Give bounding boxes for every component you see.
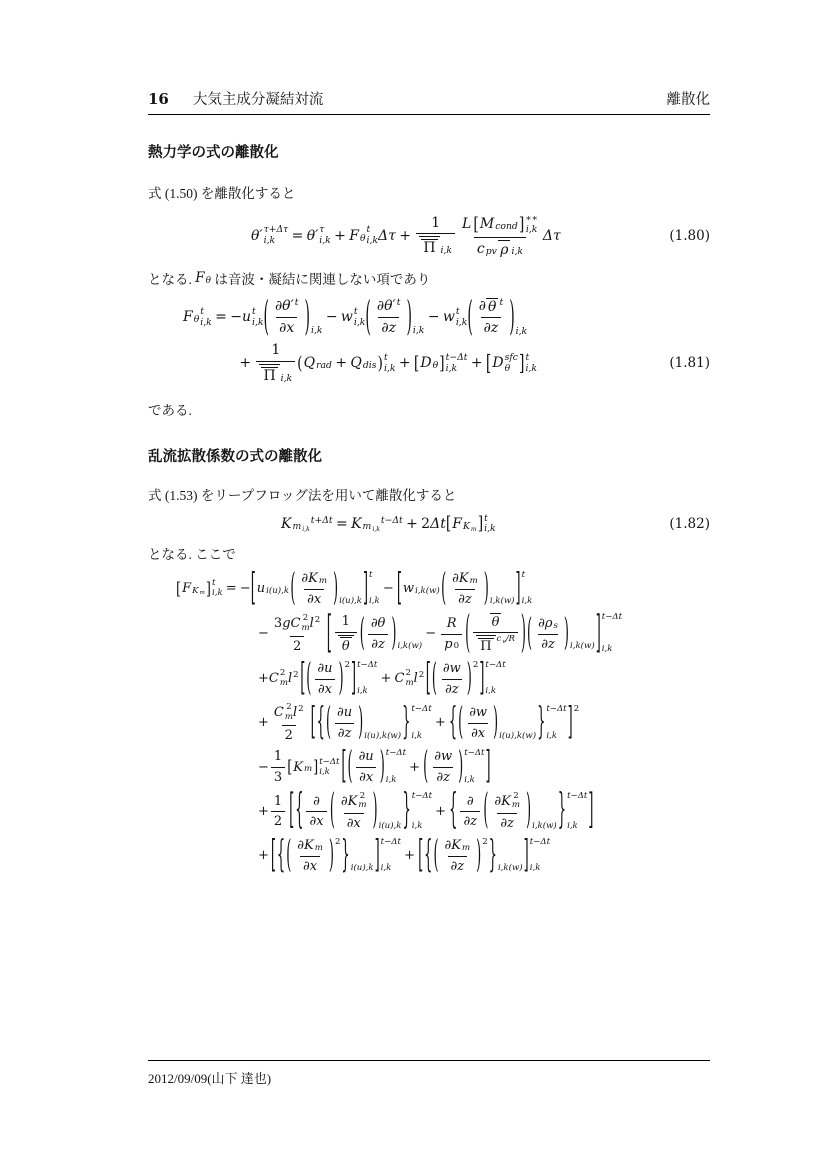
section-heading-turbulence: 乱流拡散係数の式の離散化 (148, 445, 710, 466)
fkm-line-6: +12[{∂∂x(∂K2m∂x)i(u),k}t−Δti,k+{∂∂z(∂K2m… (258, 792, 710, 832)
para-turb-intro: 式 (1.53) をリープフロッグ法を用いて離散化すると (148, 484, 710, 504)
equation-1-82-number: (1.82) (669, 516, 710, 532)
equation-1-81-number: (1.81) (669, 355, 710, 371)
header-right-title: 離散化 (667, 88, 711, 109)
fkm-line-7: +[{(∂Km∂x)2}i(u),k]t−Δti,k+[{(∂Km∂z)2}i,… (258, 838, 710, 874)
equation-1-80: θ′τ+Δτi,k=θ′τi,k+Fθti,kΔτ+1Πi,kL[Mcond]∗… (148, 214, 710, 258)
page-header: 16 大気主成分凝結対流 離散化 (148, 88, 710, 109)
footer-rule (148, 1060, 710, 1061)
equation-1-81-line1: Fθti,k=−uti,k(∂θ′t∂x)i,k−wti,k(∂θ′t∂z)i,… (183, 298, 710, 337)
page-number: 16 (148, 90, 169, 108)
equation-1-81-line2: +1Πi,k(Qrad+Qdis)ti,k+[Dθ]t−Δti,k+[Dsfcθ… (236, 342, 710, 385)
fkm-line-4: +C2ml22[{(∂u∂z)i(u),k(w)}t−Δti,k+{(∂w∂x)… (258, 703, 710, 743)
equation-fkm-expansion: [FKm]ti,k=−[ui(u),k(∂Km∂x)i(u),k]ti,k−[w… (148, 571, 710, 874)
header-left-title: 大気主成分凝結対流 (193, 88, 324, 109)
equation-1-80-number: (1.80) (669, 228, 710, 244)
equation-1-82: Kmi,kt+Δt=Kmi,kt−Δt+2Δt[FKm]ti,k (1.82) (148, 514, 710, 535)
fkm-line-1: [FKm]ti,k=−[ui(u),k(∂Km∂x)i(u),k]ti,k−[w… (176, 571, 710, 607)
document-page: 16 大気主成分凝結対流 離散化 熱力学の式の離散化 式 (1.50) を離散化… (0, 0, 826, 1169)
equation-1-82-math: Kmi,kt+Δt=Kmi,kt−Δt+2Δt[FKm]ti,k (281, 514, 710, 535)
section-heading-thermodynamics: 熱力学の式の離散化 (148, 141, 710, 162)
para-after-eq180: となる. Fθ は音波・凝結に関連しない項であり (148, 268, 710, 288)
para-after-eq182: となる. ここで (148, 543, 710, 563)
equation-1-80-math: θ′τ+Δτi,k=θ′τi,k+Fθti,kΔτ+1Πi,kL[Mcond]∗… (251, 214, 710, 258)
page-footer: 2012/09/09(山下 達也) (148, 1055, 710, 1087)
fkm-line-3: +C2ml2[(∂u∂x)2]t−Δti,k+C2ml2[(∂w∂z)2]t−Δ… (258, 661, 710, 697)
para-thermo-outro: である. (148, 399, 710, 419)
header-rule (148, 114, 710, 115)
para-thermo-intro: 式 (1.50) を離散化すると (148, 182, 710, 202)
fkm-line-2: −3gC2ml22[1θ(∂θ∂z)i,k(w)−Rp0(θΠcv/R)(∂ρs… (258, 613, 710, 655)
footer-text: 2012/09/09(山下 達也) (148, 1068, 710, 1087)
equation-1-81: Fθti,k=−uti,k(∂θ′t∂x)i,k−wti,k(∂θ′t∂z)i,… (148, 298, 710, 385)
page-content: 16 大気主成分凝結対流 離散化 熱力学の式の離散化 式 (1.50) を離散化… (0, 0, 826, 874)
fkm-line-5: −13[Km]t−Δti,k[(∂u∂x)t−Δti,k+(∂w∂z)t−Δti… (258, 749, 710, 785)
